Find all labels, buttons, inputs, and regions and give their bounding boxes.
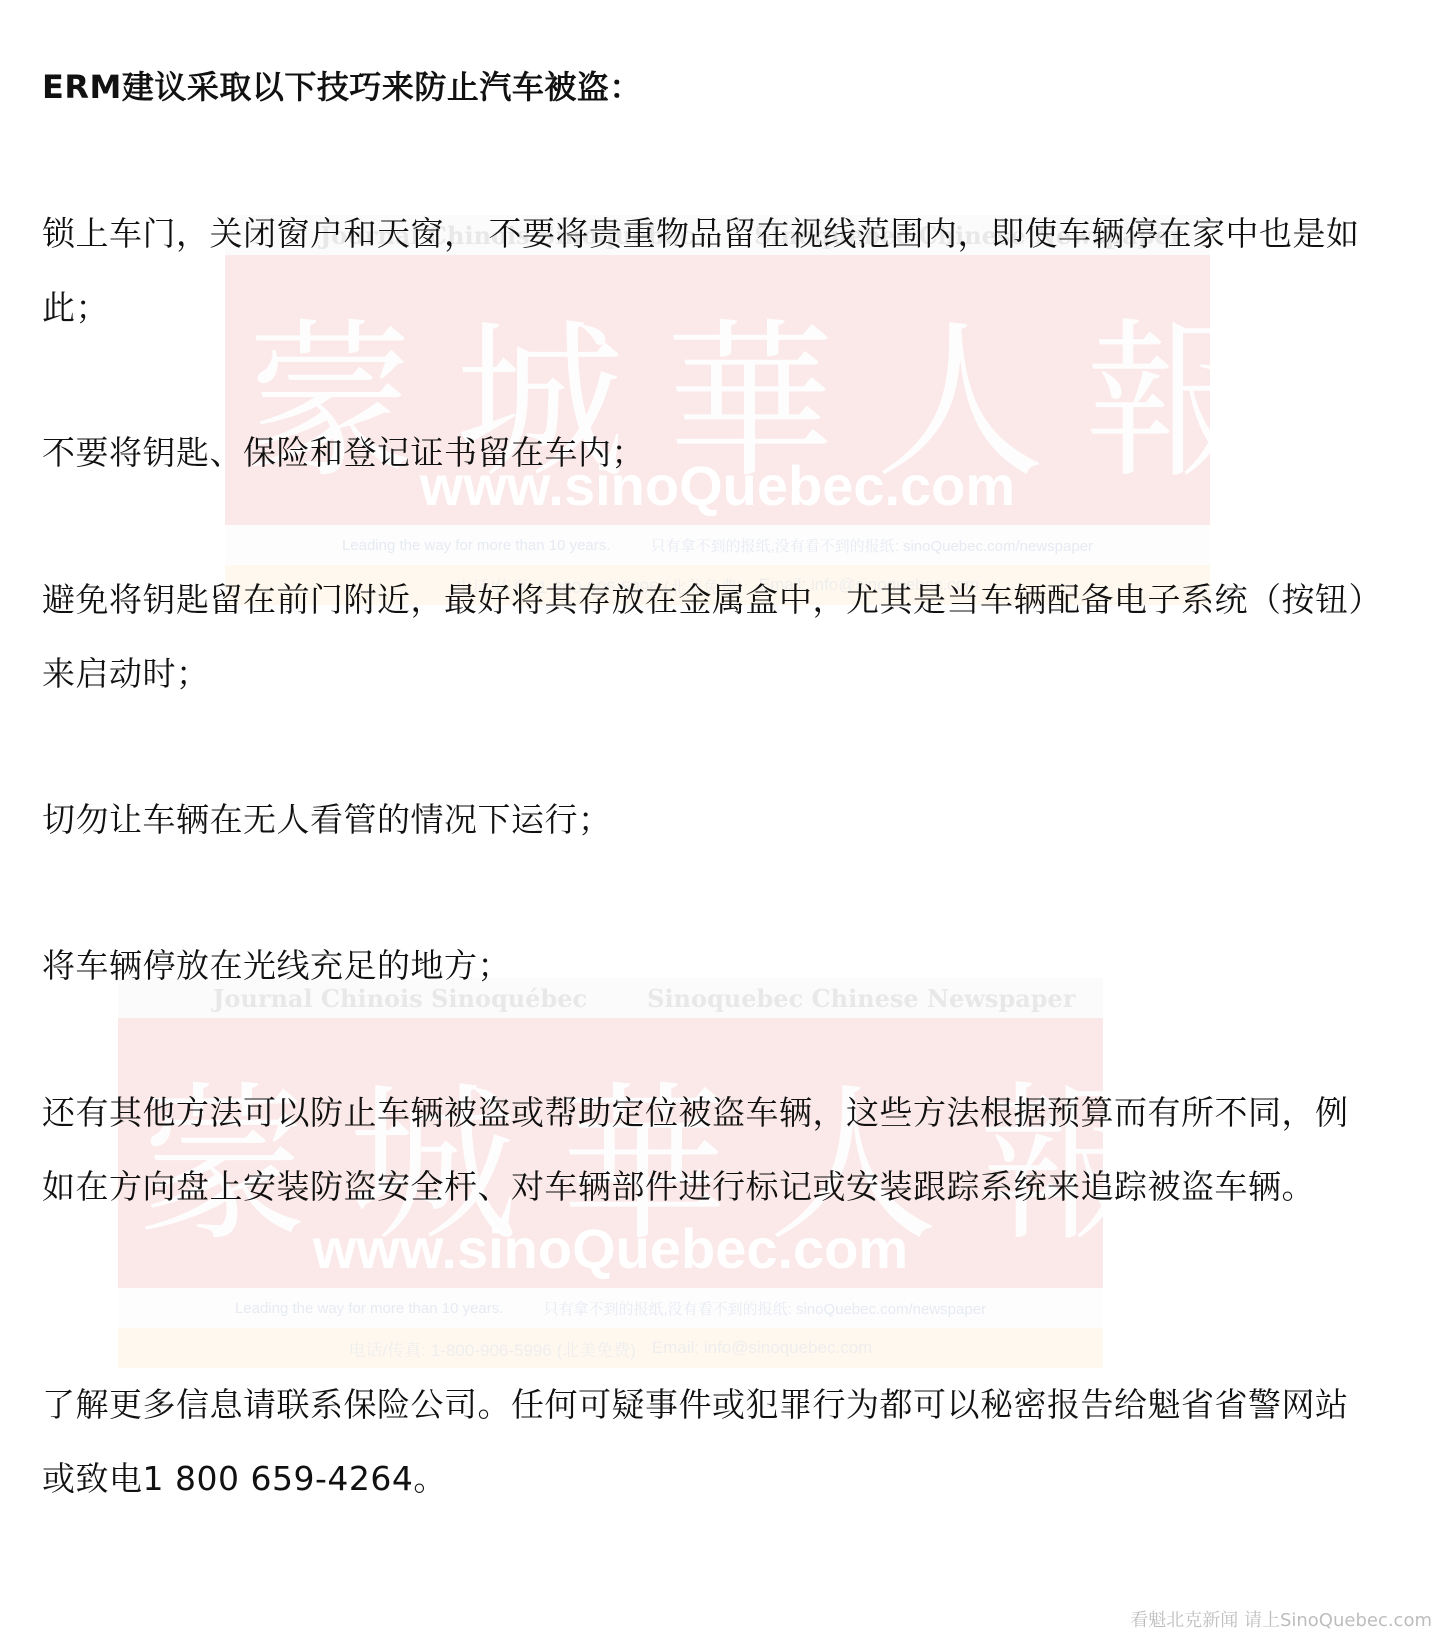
watermark-tagline: Leading the way for more than 10 years. … [118, 1288, 1103, 1328]
tagline-en: Leading the way for more than 10 years. [342, 537, 611, 554]
contact-phone: 电话/传真: 1-800-906-5996 (北美免费) [349, 1336, 636, 1361]
tagline-zh: 只有拿不到的报纸,没有看不到的报纸: sinoQuebec.com/newspa… [650, 535, 1093, 556]
paragraph-unattended: 切勿让车辆在无人看管的情况下运行； [42, 783, 1372, 857]
paragraph-lock-doors: 锁上车门，关闭窗户和天窗， 不要将贵重物品留在视线范围内，即使车辆停在家中也是如… [42, 197, 1372, 345]
watermark-tagline: Leading the way for more than 10 years. … [225, 525, 1210, 565]
watermark-contact: 电话/传真: 1-800-906-5996 (北美免费) Email: info… [118, 1328, 1103, 1368]
article-heading: ERM建议采取以下技巧来防止汽车被盗： [42, 50, 1372, 124]
paragraph-contact: 了解更多信息请联系保险公司。任何可疑事件或犯罪行为都可以秘密报告给魁省省警网站或… [42, 1368, 1372, 1516]
paragraph-other-methods: 还有其他方法可以防止车辆被盗或帮助定位被盗车辆，这些方法根据预算而有所不同，例如… [42, 1076, 1372, 1224]
watermark-url: www.sinoQuebec.com [118, 1216, 1103, 1281]
footer-credit: 看魁北克新闻 请上SinoQuebec.com [1130, 1606, 1432, 1632]
paragraph-keys-documents: 不要将钥匙、保险和登记证书留在车内； [42, 416, 1372, 490]
tagline-en: Leading the way for more than 10 years. [235, 1300, 504, 1317]
contact-email: Email: info@sinoquebec.com [652, 1338, 872, 1358]
paragraph-lighting: 将车辆停放在光线充足的地方； [42, 929, 1372, 1003]
paragraph-metal-box: 避免将钥匙留在前门附近，最好将其存放在金属盒中，尤其是当车辆配备电子系统（按钮）… [42, 563, 1372, 711]
tagline-zh: 只有拿不到的报纸,没有看不到的报纸: sinoQuebec.com/newspa… [543, 1298, 986, 1319]
